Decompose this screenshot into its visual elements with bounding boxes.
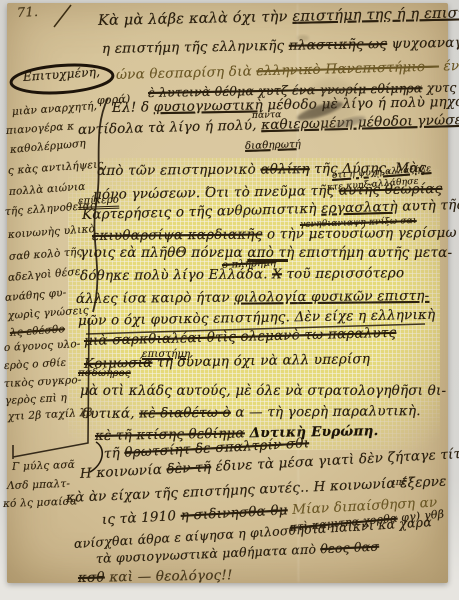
underlined-text: φυσιογνωστικὴ — [154, 97, 263, 115]
page-number: 71. — [17, 6, 39, 21]
underlined-text: φιλολογία φυσικῶν επιστη- — [234, 288, 429, 306]
strikethrough-text: δὲν τῆ — [166, 459, 211, 477]
scan-background: 71. Επιτυχμένη, φορά) Κὰ μὰ λάβε καλὰ όχ… — [0, 0, 459, 600]
handwritten-line: άλλες ίσα καιρὸ ήταν φιλολογία φυσικῶν ε… — [76, 289, 430, 307]
handwritten-line: δόθηκε πολὺ λίγο Ελλάδα. Χ τοῦ περισσότε… — [80, 266, 404, 284]
interline-insert: πάντα — [252, 111, 282, 122]
handwritten-line: κσθ καὶ — θεολόγος!! — [78, 568, 233, 586]
strikethrough-text: θεος θασ — [320, 539, 379, 557]
handwritten-line: μὰ οτὶ κλάδς αυτούς, μὲ όλε νὰ στρατολογ… — [80, 384, 446, 399]
handwritten-line: δυτικά, κὲ διαθέτω ὸ α — τὴ γοερὴ παραλυ… — [82, 404, 421, 422]
interline-insert: ιπξ — [392, 479, 407, 489]
scribble-mark: Χ — [272, 266, 282, 282]
strikethrough-text: πλαστικῆς ως — [289, 36, 388, 54]
margin-note: Λσδ μπαλτ- — [7, 479, 71, 493]
strikethrough-text: αθλίκη — [260, 161, 309, 177]
scribble-mark: κσθ — [78, 570, 105, 586]
underlined-text: εργασλατὴ — [321, 199, 398, 217]
interline-insert: διαθηρωτή — [245, 139, 301, 152]
strikethrough-text: εκιυθαρσίψα καρδιακῆς — [92, 227, 263, 244]
margin-note: Γ μύλς ασᾶ — [12, 460, 75, 474]
strikethrough-text: κὲ διαθέτω ὸ — [139, 405, 231, 422]
interline-insert: πσδώηρος — [78, 368, 131, 379]
handwritten-line: εκιυθαρσίψα καρδιακῆς ο τὴν μετουσίωση γ… — [92, 226, 457, 244]
